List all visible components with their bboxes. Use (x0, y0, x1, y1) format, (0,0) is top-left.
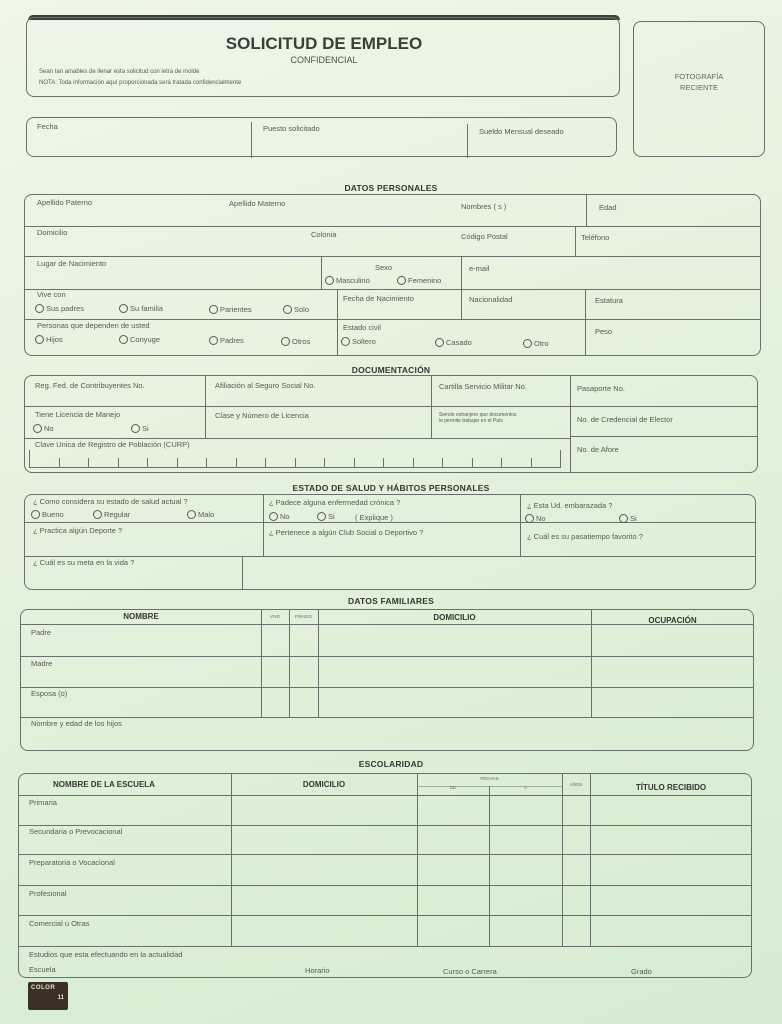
radio-icon (525, 514, 534, 523)
vive-parientes-radio[interactable]: Parientes (209, 305, 252, 314)
estado-civil-otro-radio[interactable]: Otro (523, 339, 549, 348)
header-a: A (489, 786, 562, 791)
logo-text-2: 11 (28, 991, 68, 1001)
page-subtitle: CONFIDENCIAL (27, 55, 621, 65)
section-title-escolaridad: ESCOLARIDAD (0, 759, 782, 769)
row-profesional[interactable]: Profesional (29, 890, 67, 898)
enfermedad-no-radio[interactable]: No (269, 512, 290, 521)
deporte-field[interactable]: ¿ Practica algún Deporte ? (33, 527, 122, 535)
photo-label-1: FOTOGRAFÍA (634, 72, 764, 81)
documentacion-box: Reg. Fed. de Contribuyentes No. Afiliaci… (24, 375, 758, 473)
dependientes-hijos-radio[interactable]: Hijos (35, 335, 63, 344)
header-de: DE (417, 786, 489, 791)
curso-field[interactable]: Curso o Carrera (443, 968, 497, 976)
section-title-documentacion: DOCUMENTACIÓN (0, 365, 782, 375)
estado-civil-label: Estado civil (343, 324, 381, 332)
radio-icon (269, 512, 278, 521)
embarazada-label: ¿ Esta Ud. embarazada ? (527, 502, 612, 510)
estado-salud-label: ¿ Como considera su estado de salud actu… (33, 498, 188, 506)
header-nombre: NOMBRE (21, 613, 261, 621)
logo-text-1: COLOR (28, 982, 68, 991)
colonia-field[interactable]: Colonia (311, 231, 336, 239)
embarazada-no-radio[interactable]: No (525, 514, 546, 523)
actuales-label: Estudios que esta efectuando en la actua… (29, 951, 182, 959)
codigo-postal-field[interactable]: Código Postal (461, 233, 508, 241)
pasaporte-field[interactable]: Pasaporte No. (577, 385, 625, 393)
header-vive: VIVE (261, 615, 289, 620)
familiares-box: NOMBRE VIVE FINADO DOMICILIO OCUPACIÓN P… (20, 609, 754, 751)
licencia-no-radio[interactable]: No (33, 424, 54, 433)
radio-icon (523, 339, 532, 348)
radio-icon (35, 304, 44, 313)
note-text: NOTA: Toda información aquí proporcionad… (39, 80, 241, 86)
dependientes-padres-radio[interactable]: Padres (209, 336, 244, 345)
imss-field[interactable]: Afiliación al Seguro Social No. (215, 382, 315, 390)
estatura-field[interactable]: Estatura (595, 297, 623, 305)
enfermedad-si-radio[interactable]: Si (317, 512, 335, 521)
radio-icon (93, 510, 102, 519)
salud-box: ¿ Como considera su estado de salud actu… (24, 494, 756, 590)
radio-icon (325, 276, 334, 285)
pasatiempo-field[interactable]: ¿ Cuál es su pasatiempo favorito ? (527, 533, 643, 541)
radio-icon (209, 336, 218, 345)
photo-label-2: RECIENTE (634, 83, 764, 92)
clase-licencia-field[interactable]: Clase y Número de Licencia (215, 412, 309, 420)
photo-box[interactable]: FOTOGRAFÍA RECIENTE (633, 21, 765, 157)
enfermedad-label: ¿ Padece alguna enfermedad crónica ? (269, 499, 400, 507)
radio-icon (209, 305, 218, 314)
header-titulo: TÍTULO RECIBIDO (590, 784, 752, 792)
row-secundaria[interactable]: Secundaria o Prevocacional (29, 828, 122, 836)
embarazada-si-radio[interactable]: Si (619, 514, 637, 523)
curp-input[interactable] (29, 450, 561, 468)
fecha-field[interactable]: Fecha (37, 123, 58, 131)
afore-field[interactable]: No. de Afore (577, 446, 619, 454)
extranjero-field[interactable]: Siendo extranjero que documentos le perm… (439, 413, 517, 425)
vive-su-familia-radio[interactable]: Su familia (119, 304, 163, 313)
licencia-si-radio[interactable]: Si (131, 424, 149, 433)
dependientes-conyuge-radio[interactable]: Conyuge (119, 335, 160, 344)
row-esposa[interactable]: Esposa (o) (31, 690, 67, 698)
row-primaria[interactable]: Primaria (29, 799, 57, 807)
lugar-nacimiento-field[interactable]: Lugar de Nacimiento (37, 260, 106, 268)
domicilio-field[interactable]: Domicilio (37, 229, 67, 237)
salud-bueno-radio[interactable]: Bueno (31, 510, 64, 519)
horario-field[interactable]: Horario (305, 967, 330, 975)
credencial-field[interactable]: No. de Credencial de Elector (577, 416, 673, 424)
radio-icon (131, 424, 140, 433)
estado-civil-soltero-radio[interactable]: Soltero (341, 337, 376, 346)
grado-field[interactable]: Grado (631, 968, 652, 976)
radio-icon (31, 510, 40, 519)
header-anos: AÑOS (562, 783, 590, 788)
radio-icon (119, 304, 128, 313)
header-esc-domicilio: DOMICILIO (231, 781, 417, 789)
email-field[interactable]: e-mail (469, 265, 489, 273)
escolaridad-box: NOMBRE DE LA ESCUELA DOMICILIO FECHAS DE… (18, 773, 752, 978)
instruction-text: Sean tan amables de llenar esta solicitu… (39, 69, 199, 75)
header-finado: FINADO (289, 615, 318, 620)
sueldo-field[interactable]: Sueldo Mensual deseado (479, 128, 564, 136)
section-title-salud: ESTADO DE SALUD Y HÁBITOS PERSONALES (0, 483, 782, 493)
telefono-field[interactable]: Teléfono (581, 234, 609, 242)
datos-personales-box: Apellido Paterno Apellido Materno Nombre… (24, 194, 761, 356)
sexo-femenino-radio[interactable]: Femenino (397, 276, 441, 285)
nombres-field[interactable]: Nombres ( s ) (461, 203, 506, 211)
row-preparatoria[interactable]: Preparatoria o Vocacional (29, 859, 115, 867)
radio-icon (317, 512, 326, 521)
apellido-materno-field[interactable]: Apellido Materno (229, 200, 285, 208)
salud-malo-radio[interactable]: Malo (187, 510, 214, 519)
vive-solo-radio[interactable]: Solo (283, 305, 309, 314)
radio-icon (397, 276, 406, 285)
header-escuela: NOMBRE DE LA ESCUELA (19, 781, 189, 789)
peso-field[interactable]: Peso (595, 328, 612, 336)
header-ocupacion: OCUPACIÓN (591, 617, 754, 625)
header-box: SOLICITUD DE EMPLEO CONFIDENCIAL Sean ta… (26, 17, 620, 97)
meta-field[interactable]: ¿ Cuál es su meta en la vida ? (33, 559, 134, 567)
apellido-paterno-field[interactable]: Apellido Paterno (37, 199, 92, 207)
top-fields-box: Fecha Puesto solicitado Sueldo Mensual d… (26, 117, 617, 157)
explique-label: ( Explique ) (355, 514, 393, 522)
licencia-label: Tiene Licencia de Manejo (35, 411, 120, 419)
fecha-nacimiento-field[interactable]: Fecha de Nacimiento (343, 295, 414, 303)
row-padre[interactable]: Padre (31, 629, 51, 637)
radio-icon (281, 337, 290, 346)
club-field[interactable]: ¿ Pertenece a algún Club Social o Deport… (269, 529, 423, 537)
estado-civil-casado-radio[interactable]: Casado (435, 338, 472, 347)
page-title: SOLICITUD DE EMPLEO (27, 34, 621, 54)
radio-icon (187, 510, 196, 519)
puesto-field[interactable]: Puesto solicitado (263, 125, 320, 133)
hijos-field[interactable]: Nombre y edad de los hijos (31, 720, 122, 728)
salud-regular-radio[interactable]: Regular (93, 510, 130, 519)
vive-sus-padres-radio[interactable]: Sus padres (35, 304, 84, 313)
radio-icon (35, 335, 44, 344)
row-comercial[interactable]: Comercial u Otras (29, 920, 89, 928)
vive-con-label: Vive con (37, 291, 66, 299)
section-title-familiares: DATOS FAMILIARES (0, 596, 782, 606)
radio-icon (33, 424, 42, 433)
brand-logo: COLOR 11 (28, 982, 68, 1010)
header-fechas: FECHAS (417, 777, 562, 782)
row-madre[interactable]: Madre (31, 660, 52, 668)
cartilla-field[interactable]: Cartilla Servicio Militar No. (439, 383, 527, 391)
sexo-label: Sexo (375, 264, 392, 272)
curp-label: Clave Unica de Registro de Población (CU… (35, 441, 190, 449)
dependientes-otros-radio[interactable]: Otros (281, 337, 310, 346)
radio-icon (619, 514, 628, 523)
radio-icon (341, 337, 350, 346)
nacionalidad-field[interactable]: Nacionalidad (469, 296, 512, 304)
dependientes-label: Personas que dependen de usted (37, 322, 150, 330)
rfc-field[interactable]: Reg. Fed. de Contribuyentes No. (35, 382, 145, 390)
radio-icon (119, 335, 128, 344)
escuela-field[interactable]: Escuela (29, 966, 56, 974)
sexo-masculino-radio[interactable]: Masculino (325, 276, 370, 285)
section-title-datos-personales: DATOS PERSONALES (0, 183, 782, 193)
edad-field[interactable]: Edad (599, 204, 617, 212)
header-domicilio: DOMICILIO (318, 614, 591, 622)
radio-icon (283, 305, 292, 314)
radio-icon (435, 338, 444, 347)
